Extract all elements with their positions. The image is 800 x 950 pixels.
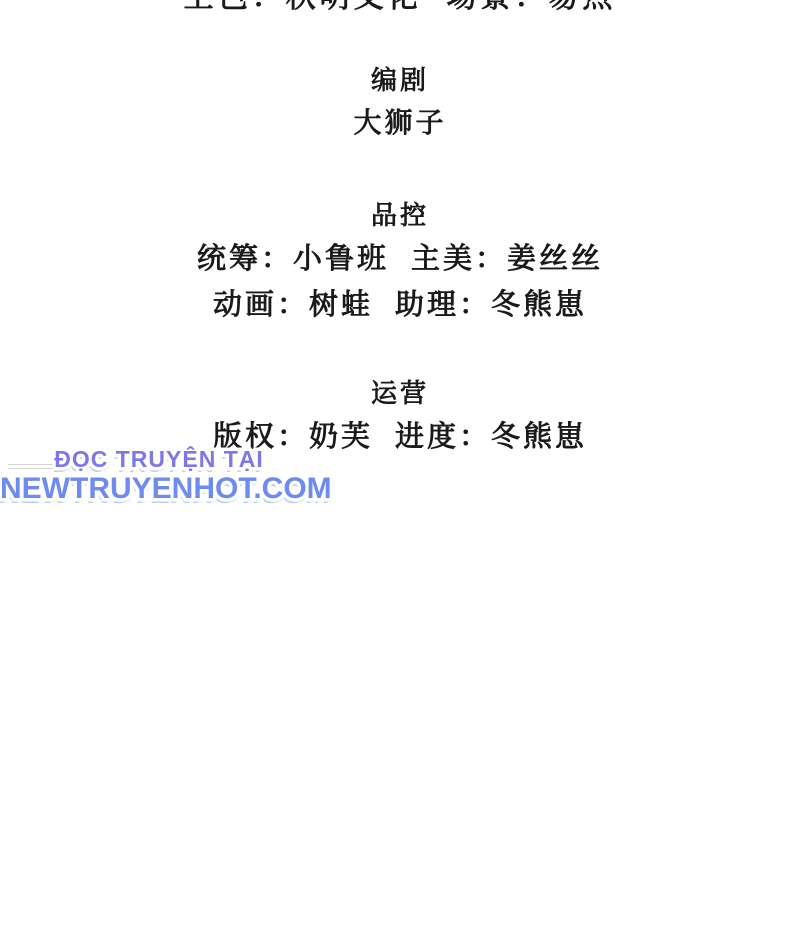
site-watermark: ĐỌC TRUYỆN TẠI ĐỌC TRUYỆN TẠI NEWTRUYENH… xyxy=(0,448,318,504)
watermark-domain: NEWTRUYENHOT.COM NEWTRUYENHOT.COM xyxy=(0,474,318,504)
watermark-tagline-text: ĐỌC TRUYỆN TẠI xyxy=(54,446,264,472)
comic-credits-page: 上色：秋明文化 场景：易点 编剧 大狮子 品控 统筹：小鲁班 主美：姜丝丝 动画… xyxy=(0,0,800,950)
credit-line-coordinator-artdirector: 统筹：小鲁班 主美：姜丝丝 xyxy=(0,245,800,274)
section-heading-screenwriter: 编剧 xyxy=(0,67,800,93)
credit-line-animation-assistant: 动画：树蛙 助理：冬熊崽 xyxy=(0,291,800,320)
credit-line-screenwriter-name: 大狮子 xyxy=(0,109,800,137)
section-heading-quality-control: 品控 xyxy=(0,202,800,228)
credit-line-clipped-top: 上色：秋明文化 场景：易点 xyxy=(0,0,800,13)
watermark-tagline: ĐỌC TRUYỆN TẠI ĐỌC TRUYỆN TẠI xyxy=(0,448,318,471)
section-heading-operations: 运营 xyxy=(0,380,800,406)
watermark-domain-text: NEWTRUYENHOT.COM xyxy=(0,472,332,505)
